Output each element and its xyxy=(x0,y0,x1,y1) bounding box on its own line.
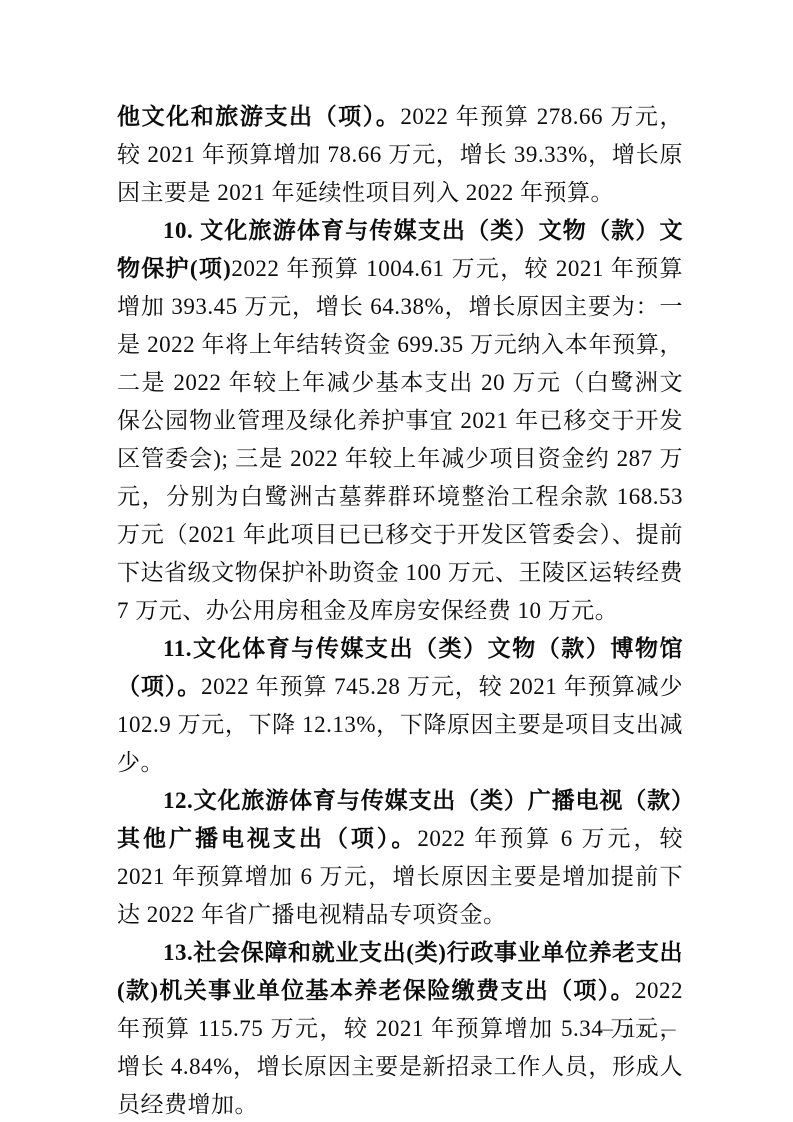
paragraph-item9-continuation: 他文化和旅游支出（项）。2022 年预算 278.66 万元，较 2021 年预… xyxy=(117,98,683,212)
paragraph-item12: 12.文化旅游体育与传媒支出（类）广播电视（款）其他广播电视支出（项）。2022… xyxy=(117,782,683,934)
page-number: － 15 － xyxy=(596,1016,681,1043)
paragraph-lead: 13.社会保障和就业支出(类)行政事业单位养老支出(款)机关事业单位基本养老保险… xyxy=(117,940,683,1003)
paragraph-lead: 他文化和旅游支出（项）。 xyxy=(117,104,400,129)
paragraph-item10: 10. 文化旅游体育与传媒支出（类）文物（款）文物保护(项)2022 年预算 1… xyxy=(117,212,683,630)
paragraph-item11: 11.文化体育与传媒支出（类）文物（款）博物馆（项）。2022 年预算 745.… xyxy=(117,630,683,782)
document-page: 他文化和旅游支出（项）。2022 年预算 278.66 万元，较 2021 年预… xyxy=(0,0,793,1122)
document-content: 他文化和旅游支出（项）。2022 年预算 278.66 万元，较 2021 年预… xyxy=(117,98,683,1122)
paragraph-text: 2022 年预算 1004.61 万元，较 2021 年预算增加 393.45 … xyxy=(117,256,683,623)
paragraph-text: 2022 年预算 745.28 万元，较 2021 年预算减少 102.9 万元… xyxy=(117,674,683,775)
